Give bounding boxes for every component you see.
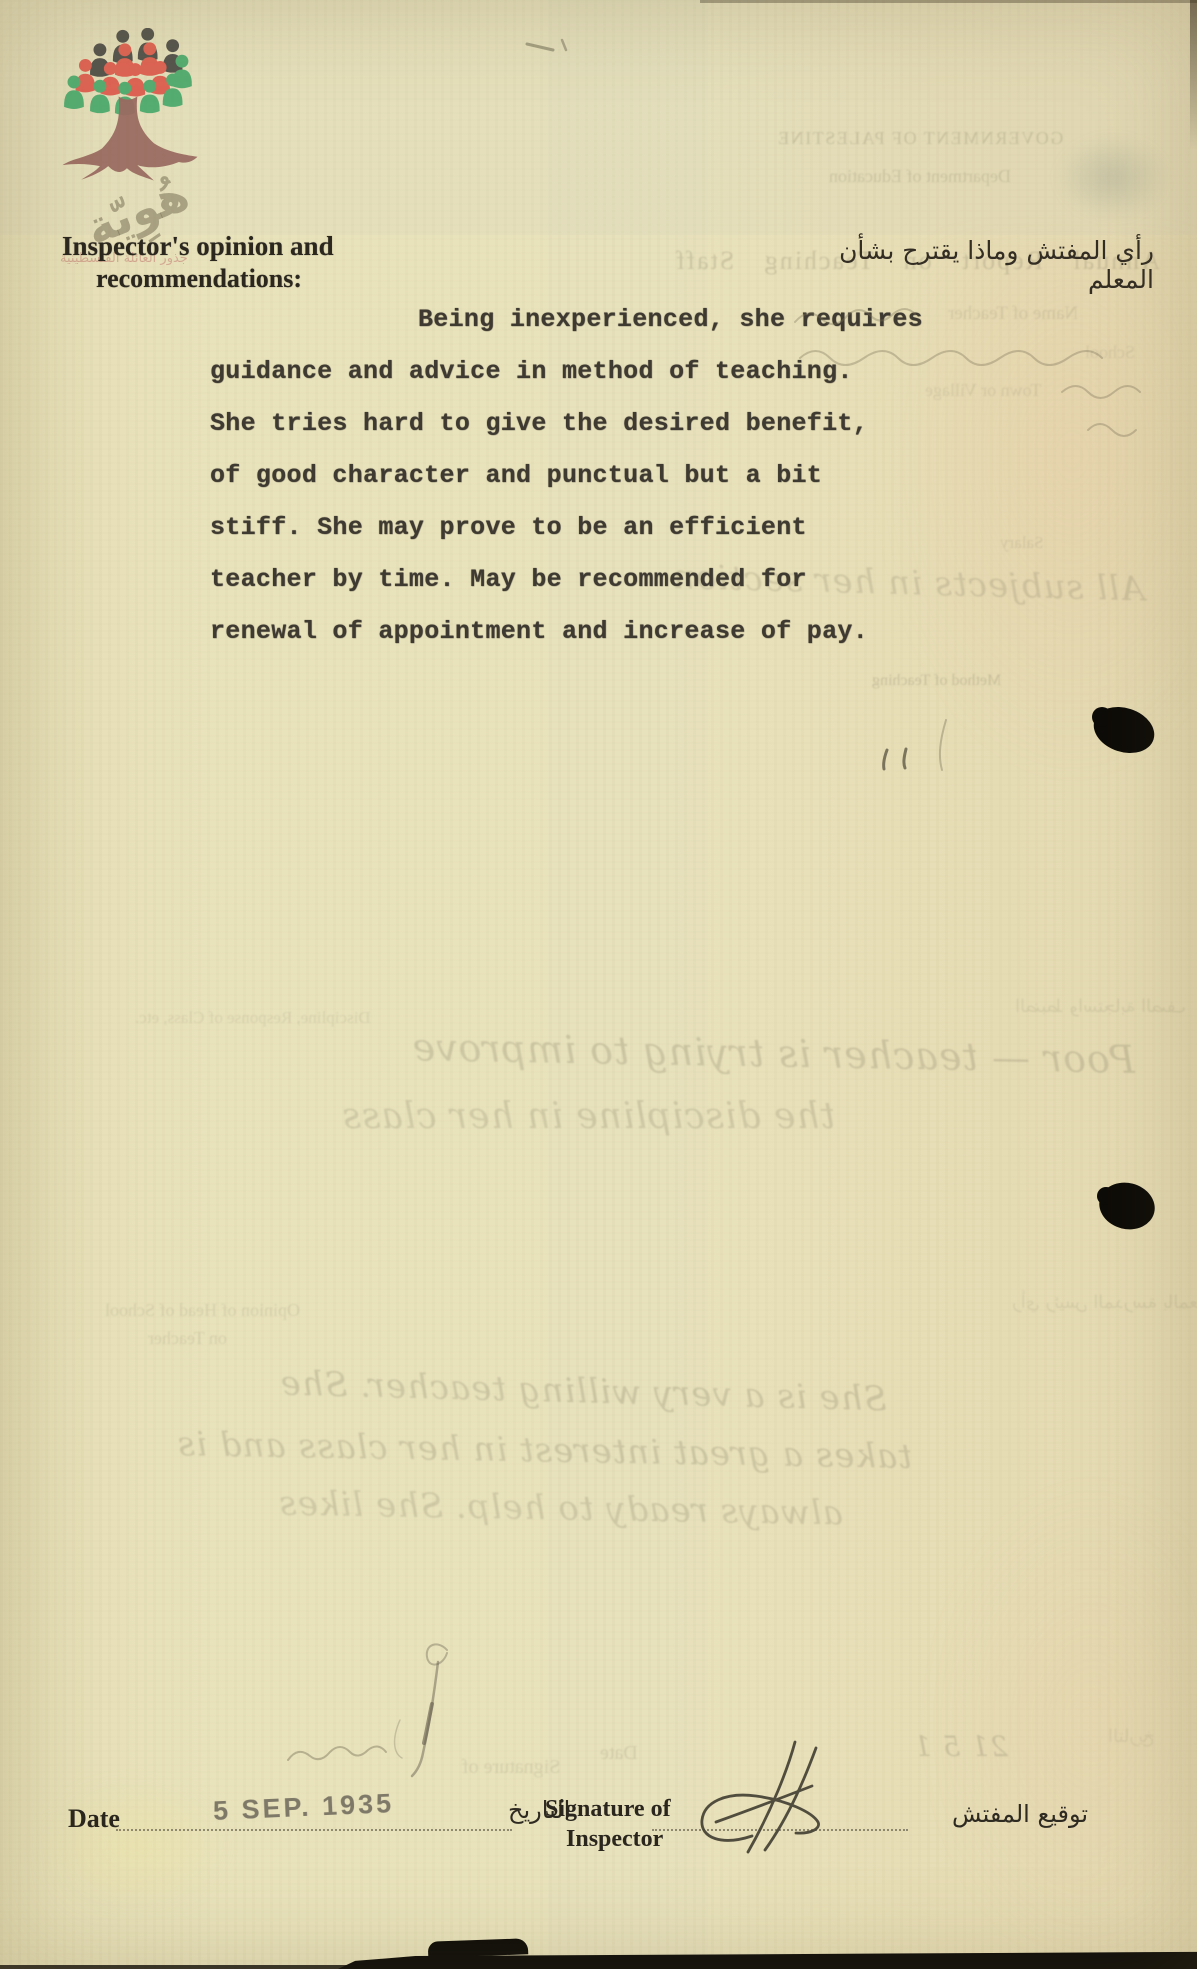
pencil-signature <box>395 1644 447 1776</box>
tree-trunk <box>63 97 198 181</box>
bleed-method-label: Method of Teaching <box>872 672 1001 690</box>
typed-line: Being inexperienced, she requires <box>210 294 955 346</box>
bleed-date-label: Date <box>600 1742 638 1765</box>
typed-line: teacher by time. May be recommended for <box>210 554 955 606</box>
typed-line: guidance and advice in method of teachin… <box>210 346 955 398</box>
archive-tree-of-people-logo-icon <box>56 28 202 190</box>
typed-line: of good character and punctual but a bit <box>210 450 955 502</box>
scanned-document-page: هُوِيّة جذور العائلة الفلسطينية Inspecto… <box>0 0 1197 1969</box>
scan-edge-bottom-bump <box>428 1938 528 1957</box>
bleed-name-label: Name of Teacher <box>948 303 1078 325</box>
bleed-salary-label: Salary <box>1000 533 1043 553</box>
signature-label-line1: Signature of <box>545 1796 671 1823</box>
bleed-government-header: GOVERNMENT OF PALESTINE <box>770 128 1070 149</box>
paper-stain <box>930 1480 1197 1969</box>
bleed-opinion-handwriting-line1: She is a very willing teacher. She <box>172 1361 888 1420</box>
bleed-opinion-handwriting-line2: takes a great interest in her class and … <box>112 1423 913 1477</box>
heading-arabic: رأي المفتش وماذا يقترح بشأن المعلم <box>820 236 1154 294</box>
paper-smudge <box>1055 135 1170 220</box>
punch-hole-bottom <box>1094 1177 1159 1235</box>
typed-line: She tries hard to give the desired benef… <box>210 398 955 450</box>
bleed-date-handwriting: 21 5 1 <box>778 1730 1008 1763</box>
bleed-opinion-label-arabic: رأي رئيس المدرسة بالمعلم <box>1012 1292 1197 1313</box>
typed-remarks-paragraph: Being inexperienced, she requires guidan… <box>210 294 955 658</box>
bleed-opinion-label-line1: Opinion of Head of School <box>105 1300 300 1321</box>
bleed-signature-label: Signature of <box>462 1756 560 1779</box>
bleed-date-label-arabic: التاريخ <box>1108 1726 1155 1747</box>
scan-edge-right <box>1190 0 1197 150</box>
bleed-discipline-handwriting-line1: Poor — teacher is trying to improve <box>235 1022 1136 1082</box>
heading-english-line1: Inspector's opinion and <box>62 231 334 262</box>
bleed-opinion-label-line2: on Teacher <box>148 1328 227 1349</box>
scan-edge-top <box>700 0 1197 3</box>
heading-english-line2: recommendations: <box>96 264 302 294</box>
signature-label-line2: Inspector <box>566 1826 663 1853</box>
typed-line: renewal of appointment and increase of p… <box>210 606 955 658</box>
date-label: Date <box>68 1804 120 1834</box>
bleed-discipline-label-arabic: الضبط واستجابة الصف <box>1015 996 1186 1017</box>
signature-label-arabic: توقيع المفتش <box>952 1800 1088 1828</box>
bleed-opinion-handwriting-line3: always ready to help. She likes <box>228 1483 844 1534</box>
bleed-department-header: Department of Education <box>795 166 1045 187</box>
typed-line: stiff. She may prove to be an efficient <box>210 502 955 554</box>
bleed-discipline-handwriting-line2: the discipline in her class <box>345 1096 835 1137</box>
bleed-school-label: School <box>1085 342 1135 363</box>
punch-hole-top <box>1088 699 1161 760</box>
signature-dotted-line <box>652 1791 908 1831</box>
